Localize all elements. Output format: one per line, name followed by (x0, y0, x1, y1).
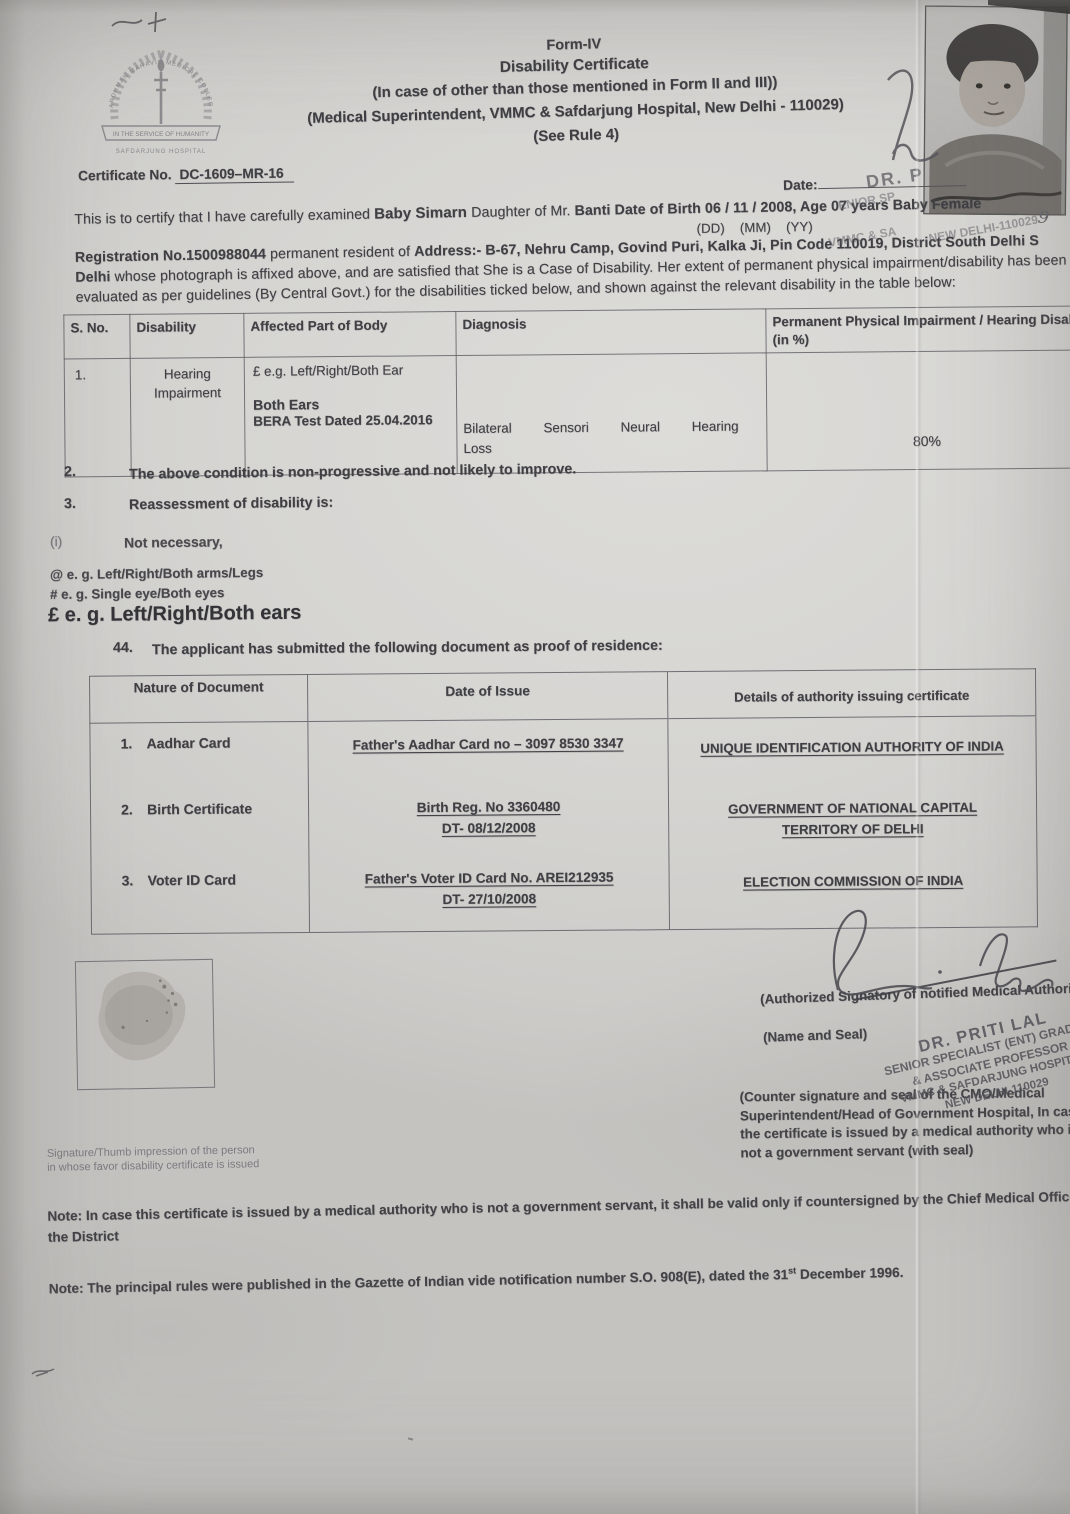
item-3-text: Reassessment of disability is: (129, 495, 333, 513)
affected-value-1: Both Ears (253, 395, 448, 413)
intro-text-2: Daughter of Mr. (471, 203, 575, 221)
doc-1-value-cell: Father's Aadhar Card no – 3097 8530 3347 (308, 719, 669, 794)
doc-1-number: 1. (120, 735, 146, 751)
note-2-text: Note: The principal rules were published… (49, 1267, 789, 1296)
thumb-impression-smudge (76, 960, 212, 1087)
table-row: 1.Aadhar Card Father's Aadhar Card no – … (90, 716, 1037, 796)
residence-table-wrap: Nature of Document Date of Issue Details… (89, 668, 1037, 934)
pen-mark-bottom (28, 1358, 68, 1384)
authority-label: Details of authority issuing certificate (669, 670, 1034, 705)
doc-1-authority: UNIQUE IDENTIFICATION AUTHORITY OF INDIA (670, 735, 1035, 759)
col-header-authority: Details of authority issuing certificate (667, 669, 1035, 719)
cell-affected: £ e.g. Left/Right/Both Ear Both Ears BER… (244, 356, 457, 476)
residence-table: Nature of Document Date of Issue Details… (89, 668, 1038, 934)
doc-2-authority-line1: GOVERNMENT OF NATIONAL CAPITAL (670, 796, 1035, 820)
date-of-issue-label: Date of Issue (309, 673, 666, 700)
doc-1-name-cell: 1.Aadhar Card (90, 722, 309, 796)
intro-text-3: permanent resident of (270, 244, 414, 263)
doc-3-number: 3. (122, 872, 148, 888)
residence-header-row: Nature of Document Date of Issue Details… (90, 669, 1036, 723)
doc-2-name-cell: 2.Birth Certificate (90, 794, 309, 867)
doc-1-value: Father's Aadhar Card no – 3097 8530 3347 (309, 732, 666, 756)
item-44-text: The applicant has submitted the followin… (152, 638, 663, 658)
disability-table-row: 1. Hearing Impairment £ e.g. Left/Right/… (64, 350, 1070, 477)
impairment-header-line2: (in %) (772, 330, 1070, 348)
thumb-impression-box (75, 959, 215, 1090)
footnote-ears: £ e. g. Left/Right/Both ears (48, 602, 302, 628)
note-2: Note: The principal rules were published… (49, 1255, 1069, 1299)
col-header-nature: Nature of Document (90, 675, 308, 724)
doc-2-number: 2. (121, 801, 147, 817)
father-name-dob: Banti Date of Birth 06 / 11 / 2008, Age … (574, 196, 981, 219)
doc-3-name: Voter ID Card (148, 872, 237, 889)
doc-3-value-cell: Father's Voter ID Card No. AREI212935 DT… (309, 862, 670, 932)
thumb-caption-line2: in whose favor disability certificate is… (47, 1157, 259, 1175)
footnote-eyes: # e. g. Single eye/Both eyes (50, 585, 225, 602)
col-header-affected: Affected Part of Body (244, 312, 456, 358)
date-label: Date: (783, 177, 818, 193)
doc-2-value-line1: Birth Reg. No 3360480 (310, 795, 667, 819)
doc-2-name: Birth Certificate (147, 800, 252, 817)
doc-2-authority-line2: TERRITORY OF DELHI (670, 817, 1035, 841)
certification-paragraph: This is to certify that I have carefully… (74, 193, 1070, 321)
doc-2-authority-cell: GOVERNMENT OF NATIONAL CAPITAL TERRITORY… (668, 788, 1037, 862)
affected-value-2: BERA Test Dated 25.04.2016 (253, 412, 448, 429)
certificate-number-line: Certificate No. DC-1609–MR-16 (78, 165, 294, 183)
doc-2-value-cell: Birth Reg. No 3360480 DT- 08/12/2008 (308, 791, 669, 865)
intro-text: This is to certify that I have carefully… (74, 207, 374, 228)
item-3-number: 3. (64, 496, 76, 512)
cell-diagnosis: Bilateral Sensori Neural Hearing Loss (456, 353, 767, 474)
item-3i-number: (i) (50, 534, 62, 549)
col-header-sno: S. No. (64, 314, 130, 359)
cell-impairment-percent: 80% (766, 350, 1070, 471)
bottom-notes: Note: In case this certificate is issued… (47, 1186, 1069, 1299)
applicant-name: Baby Simarn (374, 204, 471, 223)
registration-number: Registration No.1500988044 (75, 246, 270, 265)
doc-1-authority-cell: UNIQUE IDENTIFICATION AUTHORITY OF INDIA (668, 716, 1037, 791)
item-2-number: 2. (64, 464, 76, 480)
intro-text-4: Delhi (75, 269, 115, 286)
doc-2-value-line2: DT- 08/12/2008 (310, 816, 667, 840)
torch-icon (154, 72, 168, 124)
doc-1-name: Aadhar Card (146, 735, 230, 752)
col-header-impairment: Permanent Physical Impairment / Hearing … (766, 306, 1070, 353)
note-2-text-end: December 1996. (796, 1265, 904, 1282)
doc-3-authority: ELECTION COMMISSION OF INDIA (671, 869, 1036, 893)
disability-table-wrap: S. No. Disability Affected Part of Body … (63, 306, 1070, 478)
thumb-caption: Signature/Thumb impression of the person… (47, 1143, 260, 1175)
impairment-header-line1: Permanent Physical Impairment / Hearing … (772, 312, 1070, 330)
item-3i-text: Not necessary, (124, 533, 223, 550)
doc-3-value-line1: Father's Voter ID Card No. AREI212935 (311, 866, 668, 890)
name-and-seal-label: (Name and Seal) (763, 1026, 868, 1045)
col-header-date-of-issue: Date of Issue (307, 672, 667, 722)
dd-mm-yy-hint: (DD) (MM) (YY) (696, 219, 813, 236)
col-header-diagnosis: Diagnosis (456, 309, 766, 356)
footnote-arms-legs: @ e. g. Left/Right/Both arms/Legs (50, 565, 263, 582)
certificate-number-value: DC-1609–MR-16 (175, 165, 294, 184)
affected-eg-note: £ e.g. Left/Right/Both Ear (253, 362, 448, 379)
pen-initial-mark (848, 58, 940, 190)
doc-3-value-line2: DT- 27/10/2008 (311, 887, 668, 911)
photo-face (959, 53, 1026, 128)
pen-mark-top (108, 6, 182, 38)
col-header-disability: Disability (130, 313, 244, 358)
page-corner-mark (988, 0, 1070, 16)
doc-3-name-cell: 3.Voter ID Card (91, 865, 310, 934)
certificate-number-label: Certificate No. (78, 167, 172, 183)
speck-mark (408, 1437, 413, 1440)
cell-disability: Hearing Impairment (130, 357, 245, 476)
table-row: 2.Birth Certificate Birth Reg. No 336048… (90, 788, 1037, 866)
doctor-signature (800, 902, 1070, 1002)
cell-sno: 1. (64, 358, 131, 477)
item-44-number: 44. (113, 640, 133, 656)
disability-table: S. No. Disability Affected Part of Body … (63, 306, 1070, 478)
nature-of-document-label: Nature of Document (91, 676, 306, 696)
